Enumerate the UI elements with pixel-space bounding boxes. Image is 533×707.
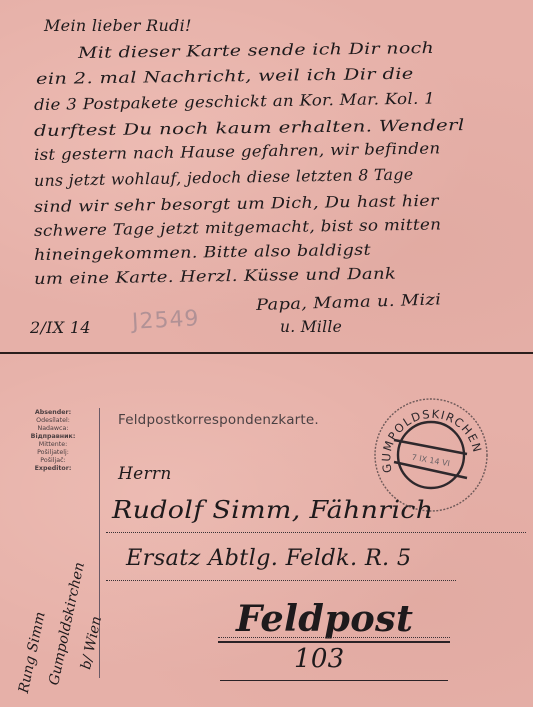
postcard-message-side: Mein lieber Rudi! Mit dieser Karte sende… — [0, 0, 533, 354]
sender-label: Nadawca: — [30, 425, 76, 433]
sender-label: Pošiljač: — [30, 457, 76, 465]
letter-line: uns jetzt wohlauf, jedoch diese letzten … — [34, 166, 414, 190]
address-line — [106, 580, 456, 581]
sender-label: Odesílatel: — [30, 417, 76, 425]
sender-labels: Absender: Odesílatel: Nadawca: Відправни… — [30, 409, 76, 473]
letter-salutation: Mein lieber Rudi! — [44, 16, 192, 35]
address-line — [220, 680, 448, 681]
letter-line: sind wir sehr besorgt um Dich, Du hast h… — [34, 192, 439, 216]
letter-line: durftest Du noch kaum erhalten. Wenderl — [34, 116, 465, 140]
recipient-salutation: Herrn — [118, 464, 172, 484]
recipient-name: Rudolf Simm, Fähnrich — [112, 496, 433, 524]
sender-label: Mittente: — [30, 441, 76, 449]
pencil-inventory-number: J2549 — [131, 306, 200, 334]
letter-signature-2: u. Mille — [280, 318, 342, 336]
letter-line: ein 2. mal Nachricht, weil ich Dir die — [36, 65, 414, 88]
sender-label: Pošiljatelj: — [30, 449, 76, 457]
letter-line: um eine Karte. Herzl. Küsse und Dank — [34, 265, 397, 288]
address-line — [106, 532, 526, 533]
sender-label: Відправник: — [30, 433, 76, 441]
address-line — [218, 641, 450, 643]
recipient-unit: Ersatz Abtlg. Feldk. R. 5 — [126, 546, 411, 571]
letter-line: die 3 Postpakete geschickt an Kor. Mar. … — [34, 89, 435, 114]
sender-label: Absender: — [30, 409, 76, 417]
card-title: Feldpostkorrespondenzkarte. — [118, 412, 319, 428]
letter-signature: Papa, Mama u. Mizi — [256, 290, 442, 314]
recipient-feldpost: Feldpost — [236, 598, 413, 640]
sender-label: Expeditor: — [30, 465, 76, 473]
recipient-feldpost-number: 103 — [294, 644, 345, 674]
letter-line: hineingekommen. Bitte also baldigst — [34, 241, 371, 264]
letter-line: schwere Tage jetzt mitgemacht, bist so m… — [34, 215, 442, 240]
address-line — [218, 637, 450, 638]
letter-line: ist gestern nach Hause gefahren, wir bef… — [34, 139, 441, 164]
letter-date: 2/IX 14 — [30, 318, 91, 337]
letter-line: Mit dieser Karte sende ich Dir noch — [78, 39, 434, 62]
